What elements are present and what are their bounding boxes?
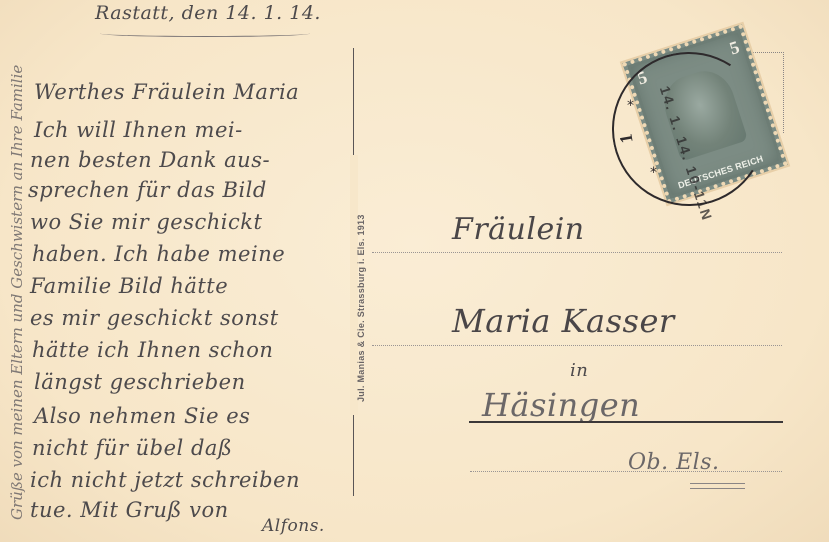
publisher-imprint: Jul. Manias & Cie. Strassburg i. Els. 19…	[356, 214, 366, 402]
region-underline	[690, 483, 745, 489]
address-line-4	[470, 471, 782, 472]
side-margin-text: Grüße von meinen Eltern und Geschwistern…	[8, 65, 26, 520]
address-salutation: Fräulein	[452, 212, 585, 247]
address-town: Häsingen	[482, 386, 640, 424]
postmark-star-icon: *	[650, 165, 657, 181]
town-underline	[469, 421, 783, 423]
message-line: nen besten Dank aus-	[30, 148, 270, 172]
dateline: Rastatt, den 14. 1. 14.	[95, 2, 321, 24]
address-line-2	[372, 345, 782, 346]
message-line: Ich will Ihnen mei-	[34, 118, 243, 142]
message-line: Familie Bild hätte	[30, 274, 228, 298]
message-line: wo Sie mir geschickt	[30, 210, 262, 234]
address-region: Ob. Els.	[628, 450, 719, 475]
message-line: Werthes Fräulein Maria	[34, 80, 299, 104]
message-line: tue. Mit Gruß von	[30, 498, 229, 522]
message-line: haben. Ich habe meine	[32, 242, 285, 266]
stamp-value-right: 5	[727, 37, 742, 60]
message-line: hätte ich Ihnen schon	[32, 338, 273, 362]
dateline-flourish	[100, 30, 310, 37]
address-line-1	[372, 252, 782, 253]
message-line: sprechen für das Bild	[28, 178, 267, 202]
address-name: Maria Kasser	[452, 302, 675, 340]
address-preposition: in	[570, 360, 588, 381]
message-line: nicht für übel daß	[32, 436, 232, 460]
postcard-back: Rastatt, den 14. 1. 14. Grüße von meinen…	[0, 0, 829, 542]
message-line: Also nehmen Sie es	[34, 404, 250, 428]
postmark-star-icon: *	[627, 98, 634, 114]
signature: Alfons.	[262, 516, 325, 536]
message-line: längst geschrieben	[34, 370, 246, 394]
message-line: es mir geschickt sonst	[30, 306, 279, 330]
message-line: ich nicht jetzt schreiben	[30, 468, 300, 492]
